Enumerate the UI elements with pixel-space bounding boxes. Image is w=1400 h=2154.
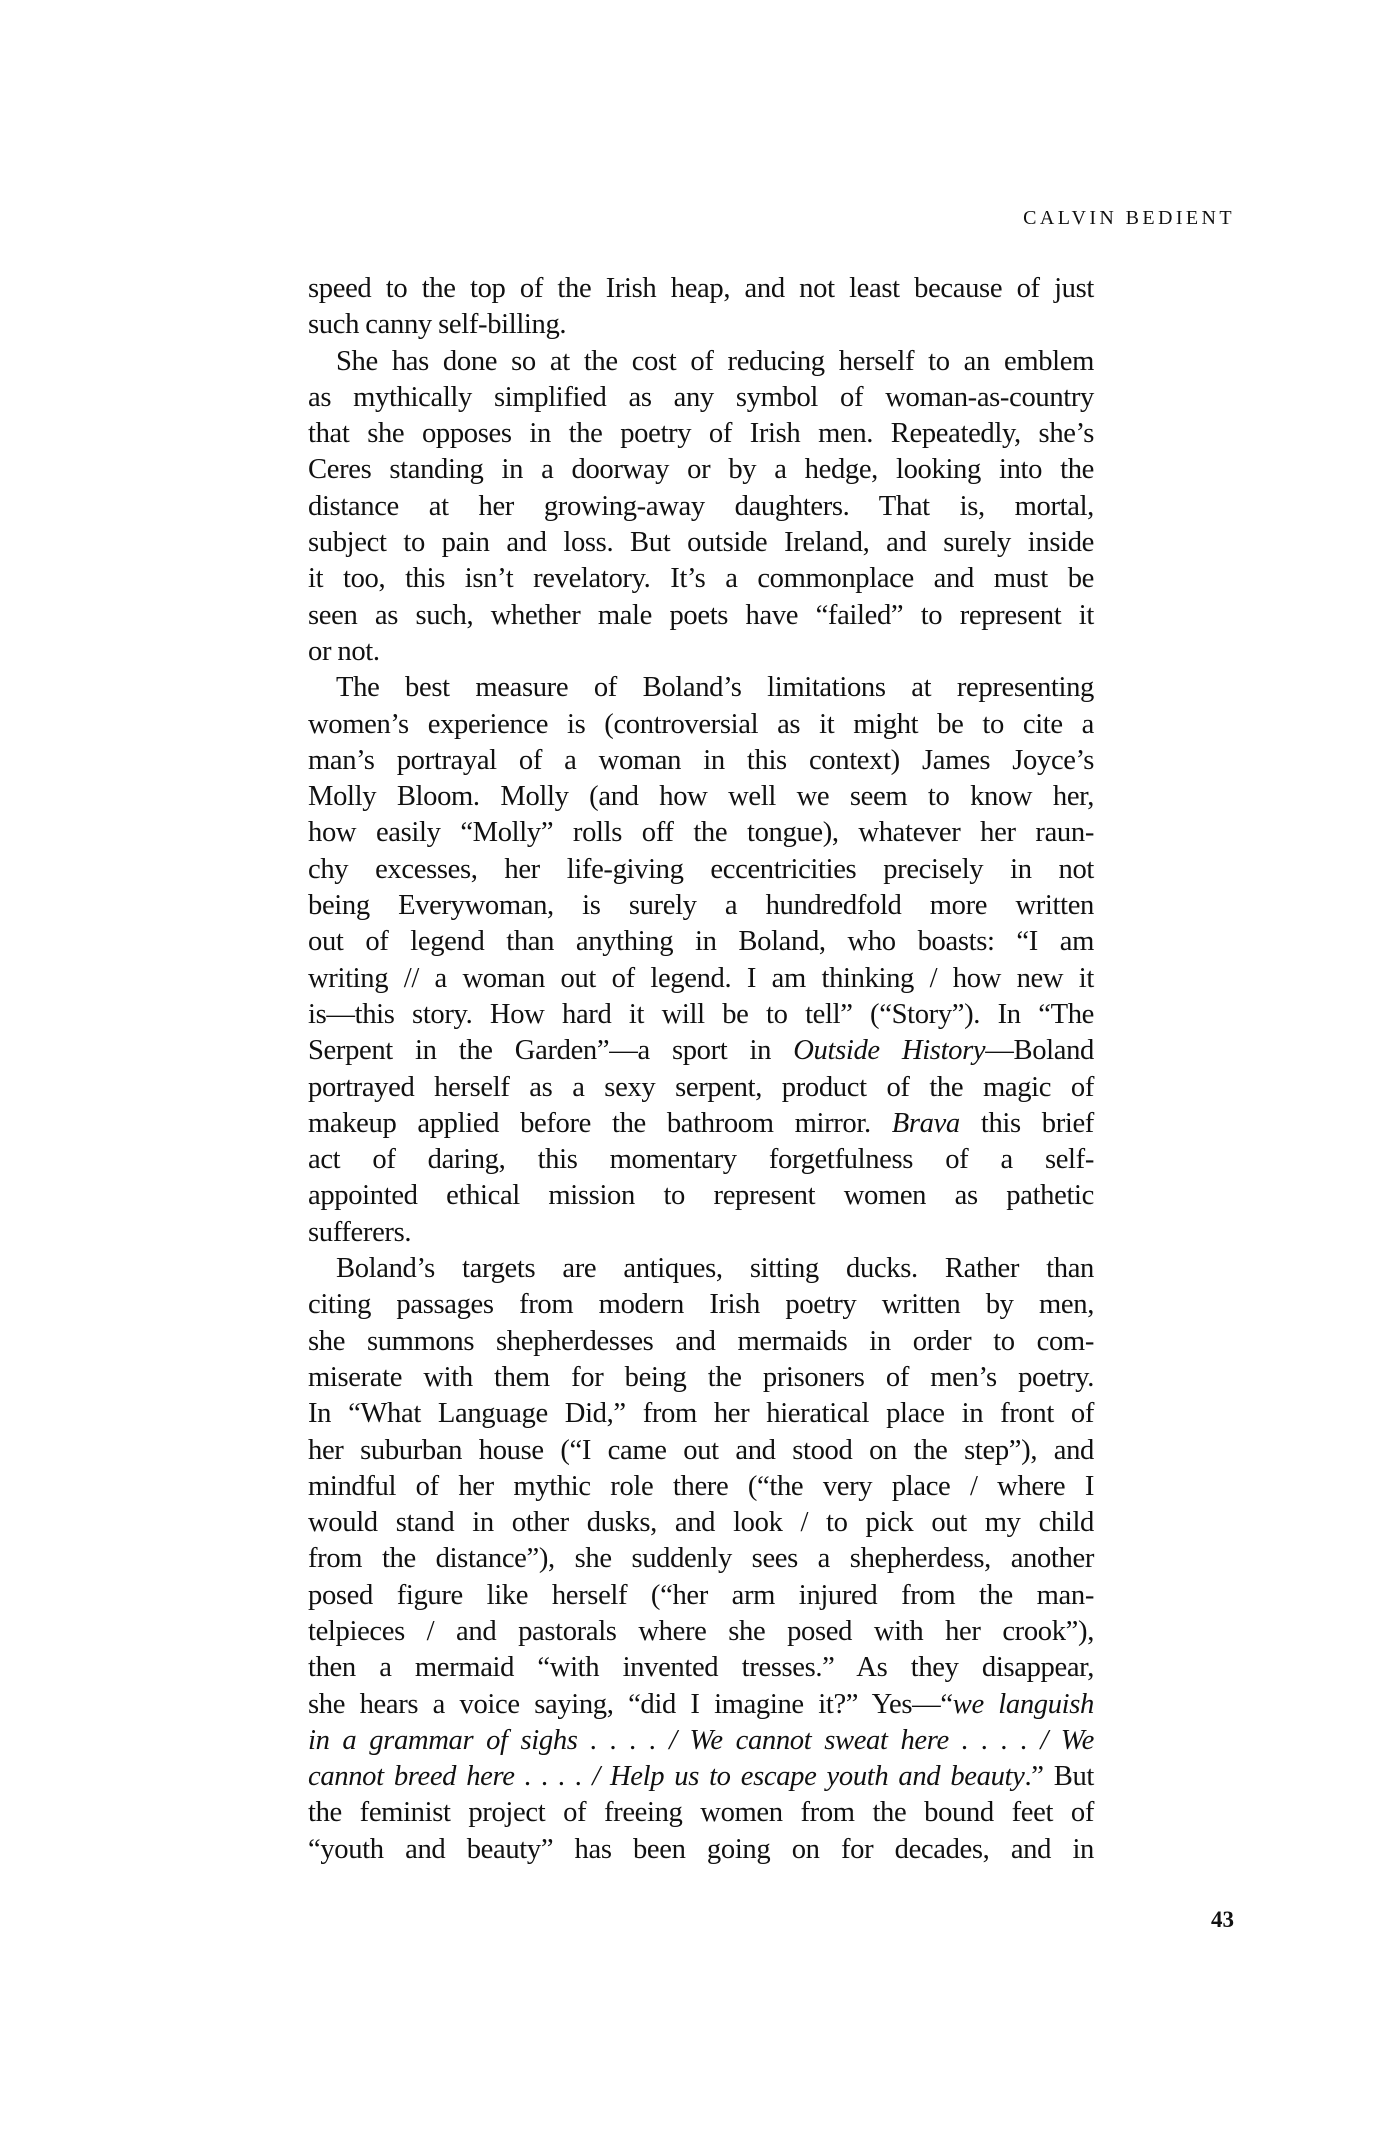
text-segment: how easily “Molly” rolls off the tongue)…: [308, 817, 1094, 848]
text-line: seen as such, whether male poets have “f…: [308, 598, 1094, 634]
text-line: subject to pain and loss. But outside Ir…: [308, 525, 1094, 561]
text-line: then a mermaid “with invented tresses.” …: [308, 1650, 1094, 1686]
italic-text-segment: in a grammar of sighs . . . . / We canno…: [308, 1725, 1094, 1756]
text-line: being Everywoman, is surely a hundredfol…: [308, 888, 1094, 924]
text-line: her suburban house (“I came out and stoo…: [308, 1433, 1094, 1469]
text-line: posed figure like herself (“her arm inju…: [308, 1578, 1094, 1614]
text-line: distance at her growing-away daughters. …: [308, 489, 1094, 525]
text-line: chy excesses, her life-giving eccentrici…: [308, 852, 1094, 888]
text-line: man’s portrayal of a woman in this conte…: [308, 743, 1094, 779]
text-line: citing passages from modern Irish poetry…: [308, 1287, 1094, 1323]
text-segment: subject to pain and loss. But outside Ir…: [308, 527, 1094, 558]
text-segment: distance at her growing-away daughters. …: [308, 491, 1094, 522]
text-segment: miserate with them for being the prisone…: [308, 1362, 1094, 1393]
text-line: cannot breed here . . . . / Help us to e…: [308, 1759, 1094, 1795]
text-line: “youth and beauty” has been going on for…: [308, 1832, 1094, 1868]
text-segment: it too, this isn’t revelatory. It’s a co…: [308, 563, 1094, 594]
text-segment: seen as such, whether male poets have “f…: [308, 600, 1094, 631]
text-segment: act of daring, this momentary forgetfuln…: [308, 1144, 1094, 1175]
italic-text-segment: we languish: [953, 1689, 1094, 1720]
text-segment: .” But: [1024, 1761, 1094, 1792]
text-segment: being Everywoman, is surely a hundredfol…: [308, 890, 1094, 921]
text-line: how easily “Molly” rolls off the tongue)…: [308, 815, 1094, 851]
italic-text-segment: Outside History: [793, 1035, 985, 1066]
text-segment: man’s portrayal of a woman in this conte…: [308, 745, 1094, 776]
text-line: sufferers.: [308, 1215, 1094, 1251]
text-segment: that she opposes in the poetry of Irish …: [308, 418, 1094, 449]
text-segment: Boland’s targets are antiques, sitting d…: [336, 1253, 1094, 1284]
text-segment: such canny self-billing.: [308, 309, 566, 340]
text-segment: she summons shepherdesses and mermaids i…: [308, 1326, 1094, 1357]
text-line: Ceres standing in a doorway or by a hedg…: [308, 452, 1094, 488]
text-segment: Molly Bloom. Molly (and how well we seem…: [308, 781, 1094, 812]
text-line: makeup applied before the bathroom mirro…: [308, 1106, 1094, 1142]
text-segment: The best measure of Boland’s limitations…: [336, 672, 1094, 703]
page-number: 43: [1211, 1905, 1234, 1935]
text-line: women’s experience is (controversial as …: [308, 707, 1094, 743]
text-segment: the feminist project of freeing women fr…: [308, 1797, 1094, 1828]
text-segment: her suburban house (“I came out and stoo…: [308, 1435, 1094, 1466]
text-line: portrayed herself as a sexy serpent, pro…: [308, 1070, 1094, 1106]
text-segment: sufferers.: [308, 1217, 411, 1248]
text-line: she hears a voice saying, “did I imagine…: [308, 1687, 1094, 1723]
text-line: The best measure of Boland’s limitations…: [308, 670, 1094, 706]
text-line: as mythically simplified as any symbol o…: [308, 380, 1094, 416]
text-segment: telpieces / and pastorals where she pose…: [308, 1616, 1094, 1647]
text-line: speed to the top of the Irish heap, and …: [308, 271, 1094, 307]
body-text: speed to the top of the Irish heap, and …: [308, 271, 1094, 1868]
text-segment: Serpent in the Garden”—a sport in: [308, 1035, 793, 1066]
text-line: miserate with them for being the prisone…: [308, 1360, 1094, 1396]
text-segment: chy excesses, her life-giving eccentrici…: [308, 854, 1094, 885]
text-line: she summons shepherdesses and mermaids i…: [308, 1324, 1094, 1360]
text-line: such canny self-billing.: [308, 307, 1094, 343]
text-line: Boland’s targets are antiques, sitting d…: [308, 1251, 1094, 1287]
text-segment: mindful of her mythic role there (“the v…: [308, 1471, 1094, 1502]
text-line: Molly Bloom. Molly (and how well we seem…: [308, 779, 1094, 815]
text-line: act of daring, this momentary forgetfuln…: [308, 1142, 1094, 1178]
text-segment: citing passages from modern Irish poetry…: [308, 1289, 1094, 1320]
text-segment: In “What Language Did,” from her hierati…: [308, 1398, 1094, 1429]
text-segment: makeup applied before the bathroom mirro…: [308, 1108, 892, 1139]
text-segment: women’s experience is (controversial as …: [308, 709, 1094, 740]
text-line: Serpent in the Garden”—a sport in Outsid…: [308, 1033, 1094, 1069]
text-segment: as mythically simplified as any symbol o…: [308, 382, 1094, 413]
text-segment: posed figure like herself (“her arm inju…: [308, 1580, 1094, 1611]
text-line: it too, this isn’t revelatory. It’s a co…: [308, 561, 1094, 597]
text-line: would stand in other dusks, and look / t…: [308, 1505, 1094, 1541]
text-segment: Ceres standing in a doorway or by a hedg…: [308, 454, 1094, 485]
text-segment: from the distance”), she suddenly sees a…: [308, 1543, 1094, 1574]
text-segment: this brief: [960, 1108, 1094, 1139]
italic-text-segment: cannot breed here . . . . / Help us to e…: [308, 1761, 1024, 1792]
text-line: is—this story. How hard it will be to te…: [308, 997, 1094, 1033]
text-line: writing // a woman out of legend. I am t…: [308, 961, 1094, 997]
text-line: She has done so at the cost of reducing …: [308, 344, 1094, 380]
text-segment: “youth and beauty” has been going on for…: [308, 1834, 1094, 1865]
text-segment: appointed ethical mission to represent w…: [308, 1180, 1094, 1211]
text-segment: —Boland: [985, 1035, 1094, 1066]
text-segment: she hears a voice saying, “did I imagine…: [308, 1689, 953, 1720]
text-segment: or not.: [308, 636, 380, 667]
text-line: from the distance”), she suddenly sees a…: [308, 1541, 1094, 1577]
text-line: in a grammar of sighs . . . . / We canno…: [308, 1723, 1094, 1759]
text-line: appointed ethical mission to represent w…: [308, 1178, 1094, 1214]
text-line: that she opposes in the poetry of Irish …: [308, 416, 1094, 452]
text-line: or not.: [308, 634, 1094, 670]
document-page: Calvin Bedient speed to the top of the I…: [0, 0, 1400, 2154]
text-segment: portrayed herself as a sexy serpent, pro…: [308, 1072, 1094, 1103]
text-segment: would stand in other dusks, and look / t…: [308, 1507, 1094, 1538]
text-segment: speed to the top of the Irish heap, and …: [308, 273, 1094, 304]
text-line: telpieces / and pastorals where she pose…: [308, 1614, 1094, 1650]
text-segment: She has done so at the cost of reducing …: [336, 346, 1094, 377]
text-line: mindful of her mythic role there (“the v…: [308, 1469, 1094, 1505]
text-line: the feminist project of freeing women fr…: [308, 1795, 1094, 1831]
text-line: In “What Language Did,” from her hierati…: [308, 1396, 1094, 1432]
text-segment: then a mermaid “with invented tresses.” …: [308, 1652, 1094, 1683]
text-segment: writing // a woman out of legend. I am t…: [308, 963, 1094, 994]
text-segment: out of legend than anything in Boland, w…: [308, 926, 1094, 957]
text-segment: is—this story. How hard it will be to te…: [308, 999, 1094, 1030]
text-line: out of legend than anything in Boland, w…: [308, 924, 1094, 960]
running-head-author: Calvin Bedient: [1023, 204, 1235, 232]
italic-text-segment: Brava: [892, 1108, 960, 1139]
